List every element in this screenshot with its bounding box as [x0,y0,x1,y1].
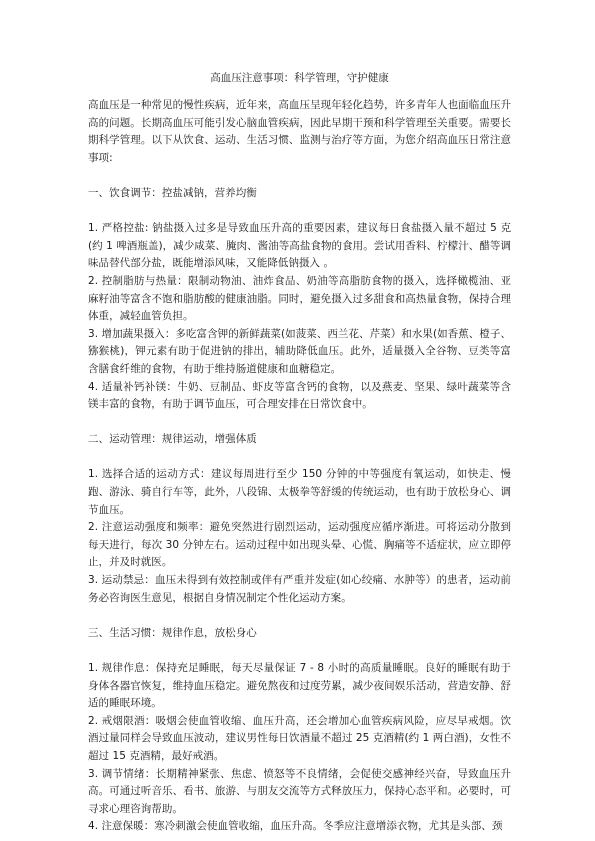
list-item: 3. 增加蔬果摄入：多吃富含钾的新鲜蔬菜(如菠菜、西兰花、芹菜）和水果(如香蕉、… [88,326,511,379]
list-item: 1. 选择合适的运动方式：建议每周进行至少 150 分钟的中等强度有氧运动，如快… [88,466,511,519]
section-heading: 二、运动管理：规律运动，增强体质 [88,431,511,449]
list-item: 4. 注意保暖：寒冷刺激会使血管收缩，血压升高。冬季应注意增添衣物，尤其是头部、… [88,818,511,836]
section-diet: 一、饮食调节：控盐减钠，营养均衡 1. 严格控盐: 钠盐摄入过多是导致血压升高的… [88,185,511,414]
list-item: 3. 调节情绪：长期精神紧张、焦虑、愤怒等不良情绪，会促使交感神经兴奋，导致血压… [88,766,511,819]
section-heading: 三、生活习惯：规律作息，放松身心 [88,625,511,643]
document-page: 高血压注意事项：科学管理，守护健康 高血压是一种常见的慢性疾病，近年来，高血压呈… [88,70,511,836]
list-item: 1. 严格控盐: 钠盐摄入过多是导致血压升高的重要因素，建议每日食盐摄入量不超过… [88,220,511,273]
list-item: 2. 控制脂肪与热量：限制动物油、油炸食品、奶油等高脂肪食物的摄入，选择橄榄油、… [88,273,511,326]
intro-paragraph: 高血压是一种常见的慢性疾病，近年来，高血压呈现年轻化趋势，许多青年人也面临血压升… [88,97,511,167]
section-heading: 一、饮食调节：控盐减钠，营养均衡 [88,185,511,203]
list-item: 2. 注意运动强度和频率：避免突然进行剧烈运动，运动强度应循序渐进。可将运动分散… [88,519,511,572]
list-item: 3. 运动禁忌：血压未得到有效控制或伴有严重并发症(如心绞痛、水肿等）的患者，运… [88,572,511,607]
list-item: 1. 规律作息：保持充足睡眠，每天尽量保证 7 - 8 小时的高质量睡眠。良好的… [88,660,511,713]
section-lifestyle: 三、生活习惯：规律作息，放松身心 1. 规律作息：保持充足睡眠，每天尽量保证 7… [88,625,511,836]
list-item: 2. 戒烟限酒：吸烟会使血管收缩、血压升高，还会增加心血管疾病风险，应尽早戒烟。… [88,713,511,766]
list-item: 4. 适量补钙补镁：牛奶、豆制品、虾皮等富含钙的食物，以及燕麦、坚果、绿叶蔬菜等… [88,379,511,414]
section-exercise: 二、运动管理：规律运动，增强体质 1. 选择合适的运动方式：建议每周进行至少 1… [88,431,511,607]
document-title: 高血压注意事项：科学管理，守护健康 [88,70,511,87]
